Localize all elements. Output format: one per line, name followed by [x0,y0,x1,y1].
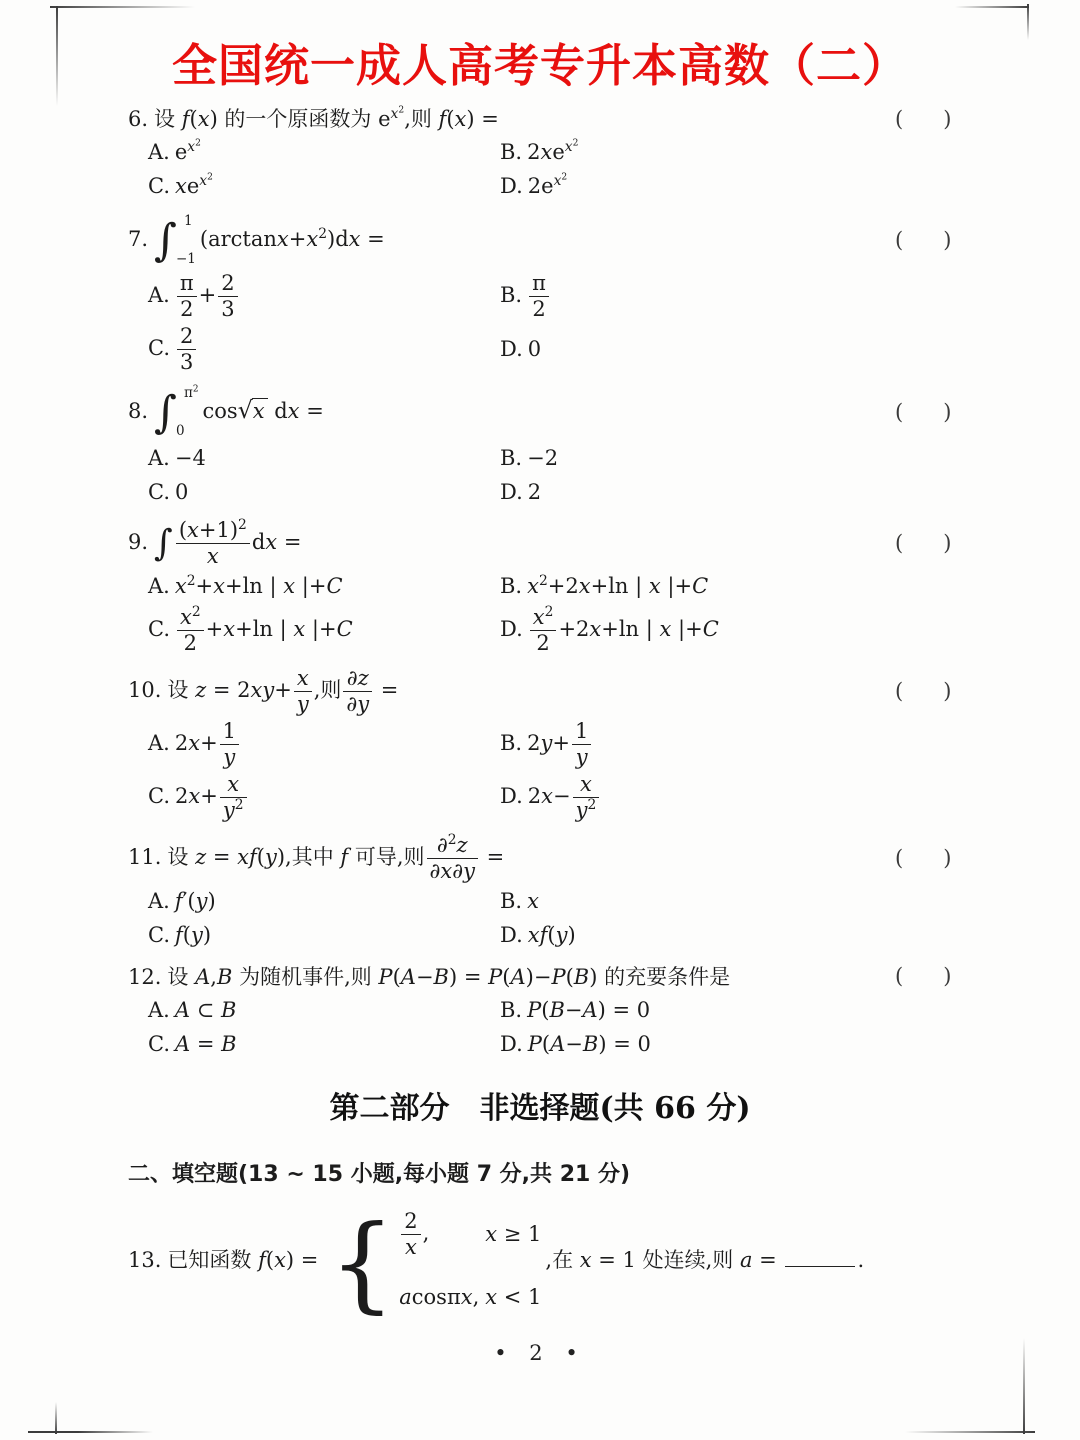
question-text: ∫1−1(arctanx+x2)dx = [154,227,385,251]
option-label: D. [500,480,523,504]
option-c: C.A = B [148,1031,500,1059]
fraction: (x+1)2x [176,520,250,567]
options-row: A.2x+1yB.2y+1y [148,721,1080,768]
option-d: D.0 [500,336,1080,364]
question-stem: 11.设 z = xf(y),其中 f 可导,则∂2z∂x∂y =( ) [128,835,1080,882]
piecewise-cases: { 2x, x ≥ 1 acosπx, x < 1 [329,1211,541,1312]
fraction: π2 [177,273,197,320]
question-13-period: . [857,1248,864,1272]
fraction: 23 [177,326,196,373]
options-row: C.A = BD.P(A−B) = 0 [148,1031,1080,1059]
option-label: A. [148,283,170,307]
question-number: 7. [128,227,148,251]
option-label: C. [148,1032,170,1056]
option-text: π2+23 [175,283,240,307]
fraction: 1y [572,721,591,768]
option-label: A. [148,446,170,470]
question-stem: 6.设 f(x) 的一个原函数为 ex2,则 f(x) =( ) [128,106,1080,134]
fraction: xy2 [573,774,600,821]
option-a: A.ex2 [148,139,500,167]
option-a: A.−4 [148,445,500,473]
fraction: 2x [401,1211,420,1258]
page-number: • 2 • [0,1340,1080,1368]
answer-paren: ( ) [895,678,951,706]
question-text: 设 A,B 为随机事件,则 P(A−B) = P(A)−P(B) 的充要条件是 [167,965,730,989]
option-label: C. [148,784,170,808]
fill-in-intro: 二、填空题(13 ~ 15 小题,每小题 7 分,共 21 分) [128,1160,1080,1189]
option-text: 0 [175,480,188,504]
question-13: 13.已知函数 f(x) = { 2x, x ≥ 1 acosπx, x < 1… [128,1211,1080,1312]
option-a: A.2x+1y [148,721,500,768]
option-text: x22+2x+ln | x |+C [528,617,719,641]
option-d: D.x22+2x+ln | x |+C [500,607,1080,654]
option-text: x [527,889,539,913]
answer-paren: ( ) [895,845,951,873]
option-text: xf(y) [528,923,576,947]
options-row: C.xex2D.2ex2 [148,173,1080,201]
integral-sign: ∫ [154,523,173,564]
option-a: A.π2+23 [148,273,500,320]
option-label: A. [148,731,170,755]
option-b: B.π2 [500,273,1080,320]
question-number: 8. [128,399,148,423]
question-number: 13. [128,1248,161,1272]
option-d: D.2x−xy2 [500,774,1080,821]
option-text: x2+2x+ln | x |+C [527,574,708,598]
option-label: A. [148,998,170,1022]
answer-paren: ( ) [895,530,951,558]
option-label: B. [500,889,522,913]
option-d: D.P(A−B) = 0 [500,1031,1080,1059]
question-13-prefix: 已知函数 f(x) = [167,1248,318,1272]
option-label: D. [500,1032,523,1056]
option-text: 2x+1y [175,731,241,755]
option-c: C.x22+x+ln | x |+C [148,607,500,654]
option-text: 2x+xy2 [175,784,249,808]
option-label: B. [500,731,522,755]
option-b: B.−2 [500,445,1080,473]
option-text: −2 [527,446,558,470]
integral: ∫π20 [154,387,198,439]
option-a: A.x2+x+ln | x |+C [148,573,500,601]
choice-questions: 6.设 f(x) 的一个原函数为 ex2,则 f(x) =( )A.ex2B.2… [0,106,1080,1059]
question-text: 设 f(x) 的一个原函数为 ex2,则 f(x) = [154,107,499,131]
exam-page: 全国统一成人高考专升本高数（二） 6.设 f(x) 的一个原函数为 ex2,则 … [0,0,1080,1440]
option-label: A. [148,574,170,598]
question-stem: 9.∫(x+1)2xdx =( ) [128,520,1080,567]
option-a: A.f′(y) [148,888,500,916]
option-label: C. [148,923,170,947]
option-label: B. [500,446,522,470]
option-text: 2xex2 [527,140,578,164]
option-text: 2ex2 [528,174,567,198]
option-b: B.P(B−A) = 0 [500,997,1080,1025]
option-text: A ⊂ B [175,998,237,1022]
option-d: D.2ex2 [500,173,1080,201]
option-c: C.23 [148,326,500,373]
integral-sign: ∫ [154,221,177,261]
answer-paren: ( ) [895,964,951,992]
option-label: C. [148,174,170,198]
options-row: C.f(y)D.xf(y) [148,922,1080,950]
fraction: x22 [177,607,204,654]
option-label: B. [500,283,522,307]
option-text: P(A−B) = 0 [528,1032,651,1056]
fraction: xy2 [220,774,247,821]
option-text: f′(y) [175,889,216,913]
option-label: D. [500,784,523,808]
options-row: C.x22+x+ln | x |+CD.x22+2x+ln | x |+C [148,607,1080,654]
option-c: C.f(y) [148,922,500,950]
options-row: A.−4B.−2 [148,445,1080,473]
options-row: C.23D.0 [148,326,1080,373]
options-row: A.π2+23B.π2 [148,273,1080,320]
crop-mark-bottom-left-h [28,1431,153,1433]
option-text: ex2 [175,140,201,164]
option-label: B. [500,574,522,598]
case-1-value: 2x, [399,1211,485,1258]
integral-sign: ∫ [154,393,177,433]
case-2-condition: x < 1 [485,1284,541,1312]
question-number: 6. [128,107,148,131]
integral: ∫1−1 [154,215,196,267]
option-text: 23 [175,336,198,360]
question-text: 设 z = 2xy+xy,则∂z∂y = [167,678,398,702]
crop-mark-bottom-right-h [905,1431,1035,1433]
option-text: A = B [175,1032,237,1056]
piecewise-case-2: acosπx, x < 1 [399,1284,541,1312]
question-text: ∫π20cos√x dx = [154,399,324,423]
options-row: A.A ⊂ BB.P(B−A) = 0 [148,997,1080,1025]
option-b: B.x2+2x+ln | x |+C [500,573,1080,601]
page-title: 全国统一成人高考专升本高数（二） [0,0,1080,92]
question-number: 12. [128,965,161,989]
option-c: C.2x+xy2 [148,774,500,821]
option-text: π2 [527,283,551,307]
question-stem: 7.∫1−1(arctanx+x2)dx =( ) [128,215,1080,267]
section-heading: 第二部分 非选择题(共 66 分) [0,1089,1080,1129]
option-a: A.A ⊂ B [148,997,500,1025]
crop-mark-bottom-left-v [55,1402,57,1434]
option-label: D. [500,923,523,947]
fraction: xy [294,668,312,715]
options-row: C.2x+xy2D.2x−xy2 [148,774,1080,821]
option-text: 0 [528,337,541,361]
question-stem: 12.设 A,B 为随机事件,则 P(A−B) = P(A)−P(B) 的充要条… [128,964,1080,992]
fraction: x22 [530,607,557,654]
option-text: f(y) [175,923,211,947]
question-text: 设 z = xf(y),其中 f 可导,则∂2z∂x∂y = [167,845,504,869]
options-row: C.0D.2 [148,479,1080,507]
option-d: D.2 [500,479,1080,507]
option-text: x2+x+ln | x |+C [175,574,343,598]
option-text: P(B−A) = 0 [527,998,650,1022]
option-label: C. [148,617,170,641]
answer-paren: ( ) [895,106,951,134]
option-label: D. [500,617,523,641]
left-brace: { [329,1221,395,1306]
option-label: A. [148,140,170,164]
options-row: A.ex2B.2xex2 [148,139,1080,167]
fraction: π2 [529,273,549,320]
question-text: ∫(x+1)2xdx = [154,530,301,554]
answer-blank [785,1245,855,1267]
question-number: 11. [128,845,161,869]
question-number: 9. [128,530,148,554]
case-1-condition: x ≥ 1 [485,1221,541,1249]
fraction: ∂2z∂x∂y [427,835,478,882]
option-c: C.0 [148,479,500,507]
question-13-suffix: ,在 x = 1 处连续,则 a = [545,1248,783,1272]
piecewise-case-1: 2x, x ≥ 1 [399,1211,541,1258]
option-label: A. [148,889,170,913]
option-label: B. [500,998,522,1022]
radical-sign: √ [238,396,253,424]
option-label: C. [148,336,170,360]
question-number: 10. [128,678,161,702]
question-stem: 8.∫π20cos√x dx =( ) [128,387,1080,439]
option-b: B.x [500,888,1080,916]
fraction: 23 [218,273,237,320]
option-label: D. [500,337,523,361]
options-row: A.x2+x+ln | x |+CB.x2+2x+ln | x |+C [148,573,1080,601]
option-text: 2y+1y [527,731,593,755]
option-text: xex2 [175,174,213,198]
fraction: 1y [220,721,239,768]
answer-paren: ( ) [895,399,951,427]
fraction: ∂z∂y [343,668,372,715]
question-stem: 10.设 z = 2xy+xy,则∂z∂y =( ) [128,668,1080,715]
answer-paren: ( ) [895,227,951,255]
option-text: x22+x+ln | x |+C [175,617,353,641]
option-d: D.xf(y) [500,922,1080,950]
option-b: B.2xex2 [500,139,1080,167]
option-text: 2 [528,480,541,504]
case-2-value: acosπx, [399,1284,485,1312]
options-row: A.f′(y)B.x [148,888,1080,916]
sqrt: √x [238,399,268,423]
option-text: 2x−xy2 [528,784,602,808]
option-label: D. [500,174,523,198]
option-c: C.xex2 [148,173,500,201]
option-b: B.2y+1y [500,721,1080,768]
option-text: −4 [175,446,206,470]
option-label: C. [148,480,170,504]
option-label: B. [500,140,522,164]
